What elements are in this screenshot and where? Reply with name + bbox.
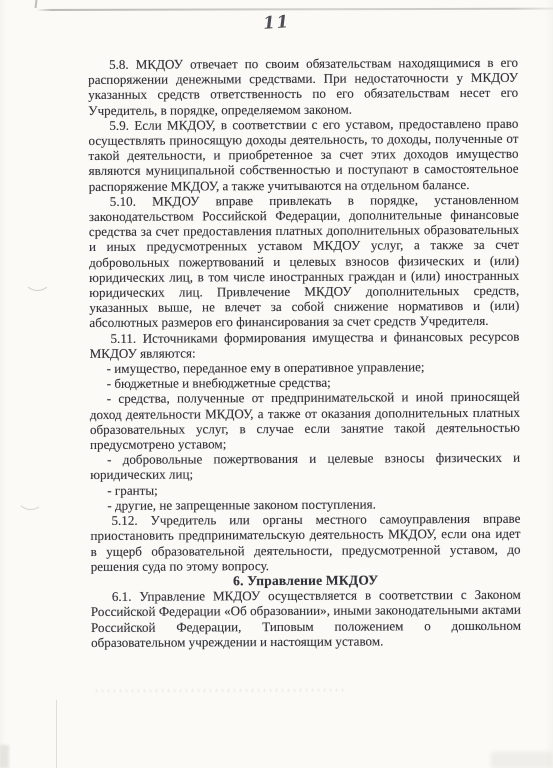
pencil-arc-artifact-upper xyxy=(24,279,51,291)
pencil-arc-artifact-lower xyxy=(17,498,44,511)
list-item-donations: - добровольные пожертвования и целевые в… xyxy=(90,450,520,483)
corner-shade-bottom-right xyxy=(491,752,553,768)
clause-5-12: 5.12. Учредитель или органы местного сам… xyxy=(90,511,520,574)
clause-6-1: 6.1. Управление МКДОУ осуществляется в с… xyxy=(91,587,521,650)
clause-5-10: 5.10. МКДОУ вправе привлекать в порядке,… xyxy=(89,192,520,331)
scan-tick-artifact xyxy=(35,0,38,8)
clause-5-9: 5.9. Если МКДОУ, в соответствии с его ус… xyxy=(88,116,518,194)
scan-noise-artifact xyxy=(96,689,348,693)
document-text-block: 5.8. МКДОУ отвечает по своим обязательст… xyxy=(88,55,521,650)
clause-5-8: 5.8. МКДОУ отвечает по своим обязательст… xyxy=(88,55,518,118)
clause-5-11: 5.11. Источниками формирования имущества… xyxy=(89,328,519,361)
list-item-business-income: - средства, полученные от предпринимател… xyxy=(90,389,520,452)
scan-streak-artifact xyxy=(56,700,57,768)
scanned-document-page: 11 5.8. МКДОУ отвечает по своим обязател… xyxy=(0,0,553,768)
corner-shade-bottom-left xyxy=(0,745,9,768)
